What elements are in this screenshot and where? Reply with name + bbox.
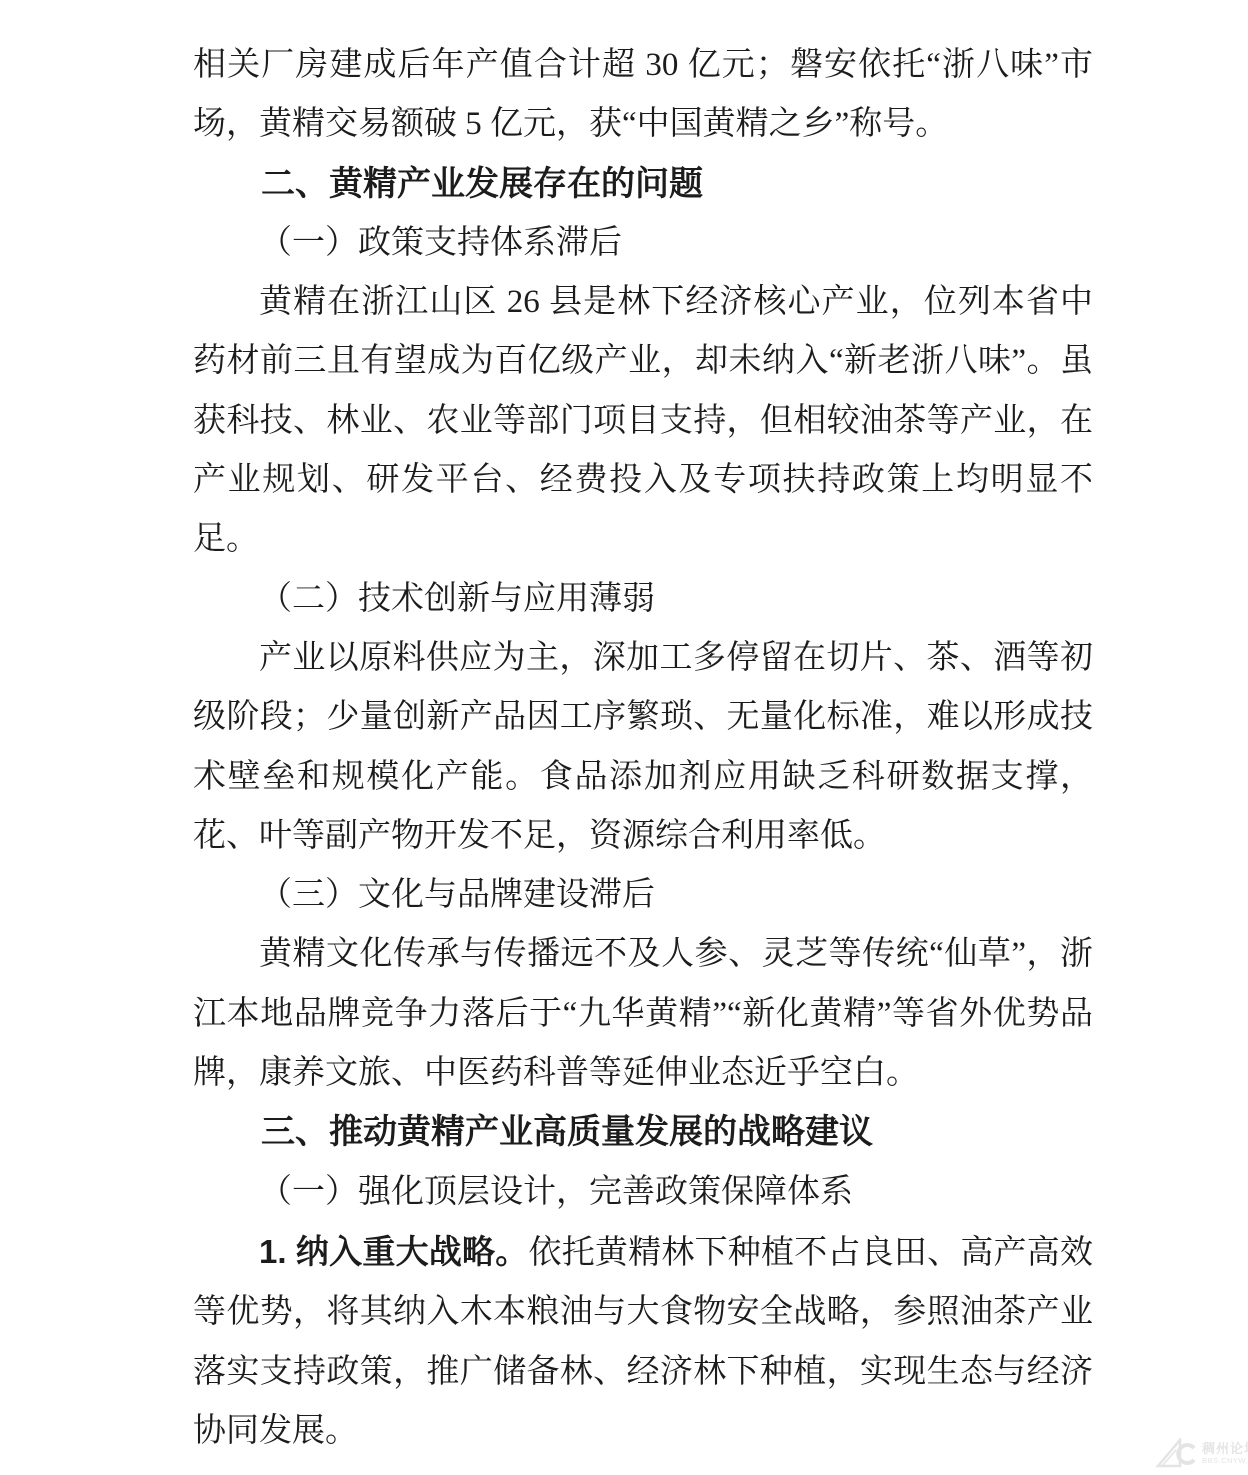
subsection-heading: （三）文化与品牌建设滞后 xyxy=(193,866,1093,925)
watermark-site-url: BBS.CNYW.NET xyxy=(1202,1456,1248,1465)
document-body: 相关厂房建成后年产值合计超 30 亿元；磐安依托“浙八味”市场，黄精交易额破 5… xyxy=(193,36,1093,1461)
forum-logo-icon xyxy=(1154,1438,1198,1468)
paragraph: 产业以原料供应为主，深加工多停留在切片、茶、酒等初级阶段；少量创新产品因工序繁琐… xyxy=(193,629,1093,866)
site-watermark: 稠州论坛 BBS.CNYW.NET xyxy=(1154,1438,1248,1468)
section-heading: 二、黄精产业发展存在的问题 xyxy=(193,155,1093,214)
document-page: 相关厂房建成后年产值合计超 30 亿元；磐安依托“浙八味”市场，黄精交易额破 5… xyxy=(0,0,1248,1475)
watermark-site-name: 稠州论坛 xyxy=(1202,1441,1248,1456)
paragraph: 1. 纳入重大战略。依托黄精林下种植不占良田、高产高效等优势，将其纳入木本粮油与… xyxy=(193,1222,1093,1461)
subsection-heading: （一）强化顶层设计，完善政策保障体系 xyxy=(193,1163,1093,1222)
paragraph-lead-bold: 1. 纳入重大战略。 xyxy=(259,1233,528,1270)
paragraph-continuation: 相关厂房建成后年产值合计超 30 亿元；磐安依托“浙八味”市场，黄精交易额破 5… xyxy=(193,36,1093,155)
subsection-heading: （二）技术创新与应用薄弱 xyxy=(193,570,1093,629)
paragraph: 黄精在浙江山区 26 县是林下经济核心产业，位列本省中药材前三且有望成为百亿级产… xyxy=(193,273,1093,569)
paragraph: 黄精文化传承与传播远不及人参、灵芝等传统“仙草”，浙江本地品牌竞争力落后于“九华… xyxy=(193,925,1093,1103)
subsection-heading: （一）政策支持体系滞后 xyxy=(193,214,1093,273)
watermark-text: 稠州论坛 BBS.CNYW.NET xyxy=(1202,1441,1248,1465)
section-heading: 三、推动黄精产业高质量发展的战略建议 xyxy=(193,1103,1093,1162)
